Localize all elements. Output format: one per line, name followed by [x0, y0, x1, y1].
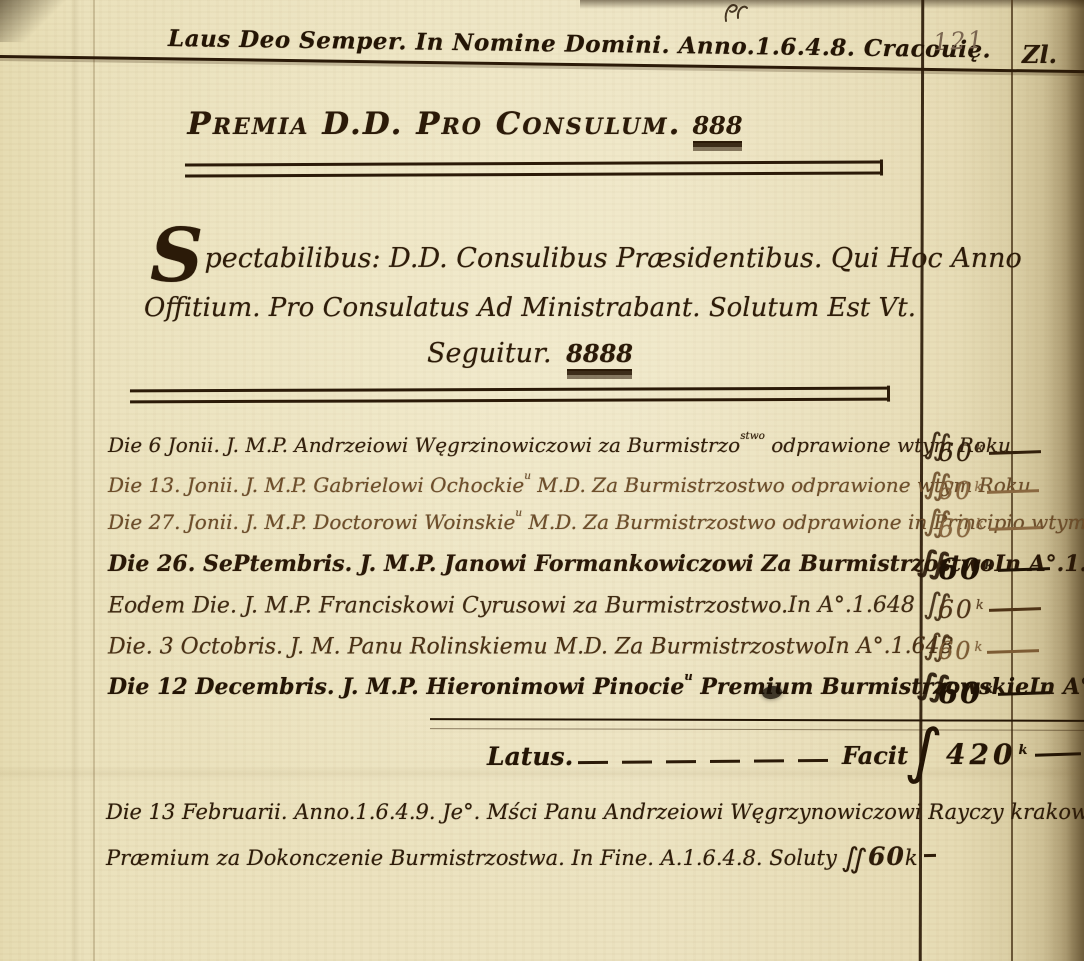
ledger-entry: Eodem Die. J. M.P. Franciskowi Cyrusowi … — [108, 593, 920, 629]
footer-text-pre: Die 13 Februarii. Anno.1.6.4.9. Je°. Mśc… — [106, 800, 1084, 824]
entry-superscript: u — [684, 669, 692, 683]
entry-year: In A°.1.648 — [788, 593, 921, 618]
amount-dash — [998, 691, 1050, 696]
entry-amount: 60k — [938, 438, 1084, 467]
intro-line-1-text: pectabilibus: D.D. Consulibus Præsidenti… — [204, 243, 1021, 274]
amount-dash — [989, 450, 1041, 455]
ledger-entry: Die 26. SePtembris. J. M.P. Janowi Forma… — [108, 551, 920, 587]
entry-text-pre: Die 26. SePtembris. J. M.P. Janowi Forma… — [108, 551, 995, 577]
entry-text-pre: Die 27. Jonii. J. M.P. Doctorowi Woinski… — [108, 510, 515, 534]
ornamental-divider-top — [185, 160, 880, 177]
amount-suffix: k — [976, 517, 984, 532]
amount-suffix: k — [984, 558, 993, 573]
amount-value: 60 — [938, 676, 982, 710]
entry-superscript: stwo — [740, 430, 765, 442]
amount-value: 60 — [938, 438, 974, 467]
header-invocation: Laus Deo Semper. In Nomine Domini. Anno.… — [168, 25, 928, 63]
amount-value: 60 — [938, 477, 973, 505]
amount-suffix: k — [975, 640, 983, 655]
amount-dash — [998, 567, 1050, 572]
footer-line-1: Die 13 Februarii. Anno.1.6.4.9. Je°. Mśc… — [106, 800, 936, 824]
entry-superscript: u — [515, 507, 522, 519]
paper-left-crease — [70, 0, 80, 961]
subtotal-rule — [430, 718, 1084, 731]
amount-value: 60 — [938, 552, 982, 586]
sequitur-flourish: 8888 — [566, 339, 633, 369]
entry-text-pre: Die 13. Jonii. J. M.P. Gabrielowi Ochock… — [108, 473, 524, 497]
entry-text: Die 26. SePtembris. J. M.P. Janowi Forma… — [108, 551, 995, 577]
entry-text-pre: Die 12 Decembris. J. M.P. Hieronimowi Pi… — [108, 674, 684, 700]
ledger-entry: Die. 3 Octobris. J. M. Panu Rolinskiemu … — [108, 634, 920, 670]
amount-value: 60 — [938, 637, 973, 665]
ledger-entry: Die 13. Jonii. J. M.P. Gabrielowi Ochock… — [108, 473, 920, 509]
manuscript-page: Laus Deo Semper. In Nomine Domini. Anno.… — [0, 0, 1084, 961]
entry-superscript: u — [524, 470, 531, 482]
solvit-mark: ∫∫ — [840, 840, 863, 875]
margin-rule-left — [93, 0, 95, 961]
total-amount: 420 k — [946, 738, 1081, 771]
page-top-edge — [580, 0, 1084, 9]
entry-text: Die 6 Jonii. J. M.P. Andrzeiowi Węgrzino… — [108, 433, 1011, 457]
title-flourish: 888 — [692, 111, 742, 141]
latus-label: Latus. — [487, 742, 573, 771]
amount-dash — [1035, 752, 1081, 757]
amount-suffix: k — [1018, 743, 1031, 758]
intro-line-3-text: Seguitur. — [427, 338, 552, 369]
ledger-entry: Die 6 Jonii. J. M.P. Andrzeiowi Węgrzino… — [108, 433, 920, 469]
page-number: 121 — [932, 26, 985, 57]
entry-text: Die. 3 Octobris. J. M. Panu Rolinskiemu … — [108, 634, 827, 659]
amount-suffix: k — [984, 682, 993, 697]
entry-text: Eodem Die. J. M.P. Franciskowi Cyrusowi … — [108, 593, 788, 618]
entry-amount: 60k — [938, 552, 1084, 586]
amount-suffix: k — [975, 480, 983, 495]
entry-amount: 60k — [938, 477, 1084, 505]
entry-text-pre: Die 6 Jonii. J. M.P. Andrzeiowi Węgrzino… — [108, 433, 740, 457]
amount-suffix: k — [976, 598, 984, 613]
footer-text: Præmium za Dokonczenie Burmistrzostwa. I… — [106, 846, 837, 870]
entry-amount: 60k — [938, 514, 1084, 543]
title-row: Premia D.D. Pro Consulum. 888 — [0, 106, 930, 142]
page-topleft-edge — [0, 0, 70, 42]
entry-amount: 60k — [938, 637, 1084, 665]
amount-dash — [924, 854, 936, 857]
page-title: Premia D.D. Pro Consulum. — [187, 106, 681, 142]
footer-line-2: Præmium za Dokonczenie Burmistrzostwa. I… — [106, 839, 936, 872]
intro-line-3: Seguitur. 8888 — [140, 338, 920, 369]
ornamental-divider-bottom — [130, 387, 887, 404]
entry-text: Die 12 Decembris. J. M.P. Hieronimowi Pi… — [108, 674, 1029, 700]
amount-dash — [987, 649, 1039, 654]
amount-suffix: k — [976, 441, 984, 456]
amount-value: 60 — [938, 514, 974, 543]
entry-amount: 60k — [938, 595, 1084, 624]
entry-amount: 60k — [938, 676, 1084, 710]
latus-dashes — [578, 759, 836, 764]
ledger-entry: Die 12 Decembris. J. M.P. Hieronimowi Pi… — [108, 674, 920, 710]
amount-suffix: k — [905, 846, 918, 870]
currency-column-header: Zl. — [1022, 40, 1057, 69]
amount-dash — [989, 526, 1041, 531]
footer-amount-value: 60 — [868, 842, 905, 871]
amount-dash — [987, 489, 1039, 494]
amount-value: 60 — [938, 595, 974, 624]
ledger-entry: Die 27. Jonii. J. M.P. Doctorowi Woinski… — [108, 510, 920, 546]
amount-dash — [989, 607, 1041, 612]
decorative-initial: S — [150, 238, 203, 275]
entry-text: Die 13. Jonii. J. M.P. Gabrielowi Ochock… — [108, 473, 1031, 497]
entry-text-pre: Eodem Die. J. M.P. Franciskowi Cyrusowi … — [108, 593, 788, 618]
intro-line-1: Spectabilibus: D.D. Consulibus Præsident… — [150, 224, 920, 274]
ink-flourish-mark — [722, 0, 752, 24]
intro-line-2: Offitium. Pro Consulatus Ad Ministrabant… — [140, 293, 920, 323]
facit-label: Facit — [842, 741, 908, 770]
entry-text-pre: Die. 3 Octobris. J. M. Panu Rolinskiemu … — [108, 634, 827, 659]
total-amount-value: 420 — [946, 738, 1016, 771]
